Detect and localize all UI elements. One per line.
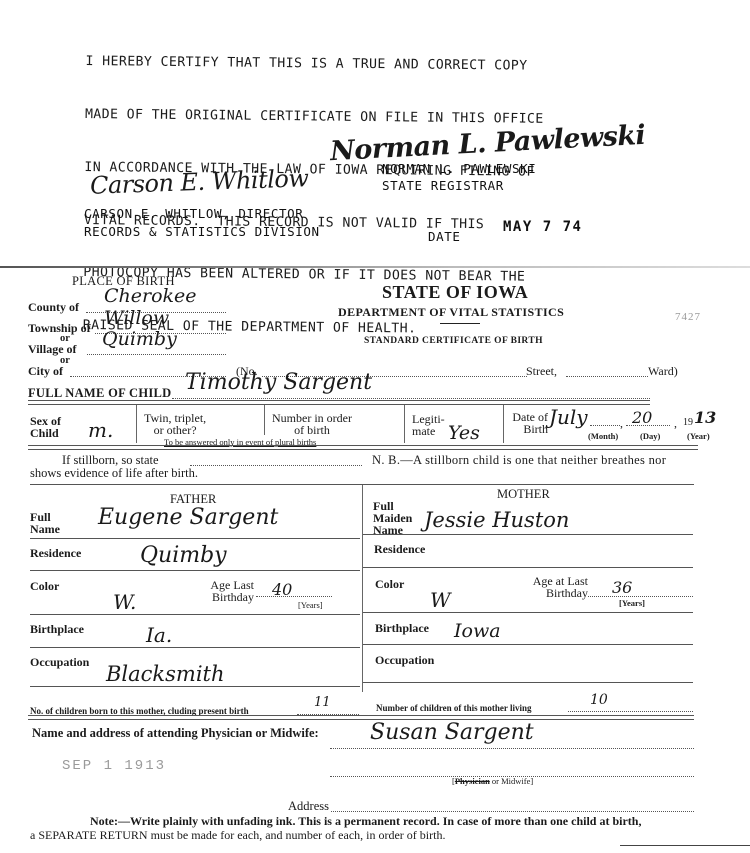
mother-occupation-label: Occupation	[375, 654, 434, 666]
mother-birthplace-label: Birthplace	[375, 622, 429, 634]
row-divider	[363, 534, 693, 535]
township-value: Willow	[104, 307, 169, 329]
date-stamp: MAY 7 74	[503, 219, 582, 235]
mother-years-caption: [Years]	[619, 598, 645, 608]
department-title: DEPARTMENT OF VITAL STATISTICS	[338, 305, 564, 320]
row-divider	[363, 567, 693, 568]
mother-age-field	[588, 583, 693, 597]
father-occupation-label: Occupation	[30, 656, 89, 668]
father-color-value: W.	[113, 590, 136, 614]
father-birthplace-value: Ia.	[146, 623, 172, 647]
attendant-label: Name and address of attending Physician …	[32, 727, 319, 739]
row-divider	[30, 686, 360, 687]
village-value: Quimby	[102, 328, 177, 350]
column-divider	[503, 405, 504, 443]
mother-heading: MOTHER	[497, 488, 550, 500]
date-label: DATE	[428, 229, 461, 244]
father-name-value: Eugene Sargent	[98, 505, 278, 530]
legitimate-value: Yes	[448, 422, 480, 444]
mother-age-value: 36	[612, 578, 632, 597]
certificate-subtitle: STANDARD CERTIFICATE OF BIRTH	[364, 336, 543, 346]
footer-note-line-1: Note:—Write plainly with unfading ink. T…	[90, 815, 641, 827]
month-caption: (Month)	[588, 431, 618, 441]
legitimate-label: Legiti- mate	[412, 413, 445, 437]
mother-name-value: Jessie Huston	[424, 508, 569, 532]
row-divider	[30, 570, 360, 571]
child-name-label: FULL NAME OF CHILD	[28, 386, 172, 401]
footer-note-text: Note:—Write plainly with unfading ink. T…	[90, 814, 641, 828]
dob-label-line: Birth	[510, 423, 548, 435]
stillborn-field	[190, 452, 362, 466]
attendant-name-value: Susan Sargent	[370, 720, 534, 745]
file-number: 7427	[675, 311, 701, 323]
dob-label: Date of Birth	[510, 411, 548, 435]
twin-label: Twin, triplet, or other?	[144, 412, 206, 436]
legitimate-label-line: mate	[412, 425, 445, 437]
ward-label: Ward)	[648, 365, 678, 377]
comma: ,	[620, 417, 623, 429]
father-name-label: Full Name	[30, 511, 60, 535]
father-name-label-line: Name	[30, 523, 60, 535]
dob-month-field	[590, 414, 620, 426]
column-divider	[264, 405, 265, 435]
row-divider	[30, 647, 360, 648]
director-block: CARSON E. WHITLOW, DIRECTOR RECORDS & ST…	[84, 205, 320, 240]
father-heading: FATHER	[170, 493, 216, 505]
street-label: Street,	[526, 365, 557, 377]
child-name-value: Timothy Sargent	[185, 370, 372, 395]
dob-year-prefix: 19	[683, 417, 693, 429]
column-divider	[136, 405, 137, 443]
address-field	[331, 798, 694, 812]
children-living-value: 10	[590, 692, 608, 708]
stillborn-note-continued: shows evidence of life after birth.	[30, 467, 198, 479]
section-divider	[28, 445, 698, 450]
filed-stamp: SEP 1 1913	[62, 758, 166, 774]
mother-age-label-line: Birthday	[518, 587, 588, 599]
birth-order-label-line: of birth	[272, 424, 352, 436]
cert-line: MADE OF THE ORIGINAL CERTIFICATE ON FILE…	[85, 106, 544, 128]
comma: ,	[674, 417, 677, 429]
city-label: City of	[28, 365, 63, 377]
row-divider	[363, 644, 693, 645]
registrar-name: NORMAN L. PAWLEWSKI	[382, 160, 536, 177]
document-edge-divider	[0, 266, 750, 268]
day-caption: (Day)	[640, 431, 660, 441]
father-age-label: Age Last Birthday	[194, 579, 254, 603]
dob-year-value: 13	[694, 408, 716, 427]
twin-label-line: or other?	[144, 424, 206, 436]
sex-value: m.	[88, 418, 113, 442]
mother-residence-label: Residence	[374, 543, 425, 555]
mother-color-label: Color	[375, 578, 404, 590]
row-divider	[30, 538, 360, 539]
column-divider	[404, 405, 405, 443]
children-living-field	[568, 700, 693, 712]
mother-name-label: Full Maiden Name	[373, 500, 412, 536]
father-occupation-value: Blacksmith	[106, 662, 225, 686]
father-age-label-line: Birthday	[194, 591, 254, 603]
attendant-role-caption: [Physician or Midwife]	[452, 776, 533, 786]
birth-order-label: Number in order of birth	[272, 412, 352, 436]
village-label: Village of	[28, 343, 77, 355]
physician-struck: Physician	[455, 776, 490, 786]
parents-column-divider	[362, 485, 363, 692]
edge-mark	[620, 845, 750, 846]
stillborn-label: If stillborn, so state	[62, 454, 159, 466]
father-color-label: Color	[30, 580, 59, 592]
registrar-block: NORMAN L. PAWLEWSKI STATE REGISTRAR	[382, 160, 536, 194]
dob-day-field	[626, 414, 670, 426]
sex-label-line: Child	[30, 427, 61, 439]
children-born-value: 11	[314, 695, 331, 710]
father-residence-label: Residence	[30, 547, 81, 559]
director-division: RECORDS & STATISTICS DIVISION	[84, 223, 320, 241]
ward-field	[566, 363, 648, 377]
children-living-label: Number of children of this mother living	[376, 702, 532, 714]
footer-note-line-2: a SEPARATE RETURN must be made for each,…	[30, 829, 445, 841]
dob-month-value: July	[549, 405, 588, 429]
row-divider	[30, 614, 360, 615]
father-residence-value: Quimby	[140, 543, 227, 568]
row-divider	[363, 682, 693, 683]
director-name: CARSON E. WHITLOW, DIRECTOR	[84, 205, 320, 223]
year-caption: (Year)	[687, 431, 710, 441]
registrar-title: STATE REGISTRAR	[382, 177, 536, 194]
county-value: Cherokee	[104, 285, 197, 307]
row-divider	[363, 612, 693, 613]
address-label: Address	[288, 800, 329, 812]
stillborn-note: N. B.—A stillborn child is one that neit…	[372, 454, 666, 466]
form-title: STATE OF IOWA	[382, 282, 528, 303]
father-years-caption: [Years]	[298, 600, 323, 610]
cert-line: I HEREBY CERTIFY THAT THIS IS A TRUE AND…	[85, 53, 544, 75]
mother-age-label: Age at Last Birthday	[518, 575, 588, 599]
father-age-value: 40	[272, 580, 292, 599]
sex-label: Sex of Child	[30, 415, 61, 439]
section-divider	[28, 715, 694, 720]
father-age-field	[256, 583, 332, 597]
header-rule	[440, 323, 480, 324]
mother-birthplace-value: Iowa	[454, 620, 501, 642]
father-birthplace-label: Birthplace	[30, 623, 84, 635]
mother-color-value: W	[430, 588, 451, 612]
midwife-caption: or Midwife]	[490, 776, 533, 786]
county-label: County of	[28, 301, 79, 313]
